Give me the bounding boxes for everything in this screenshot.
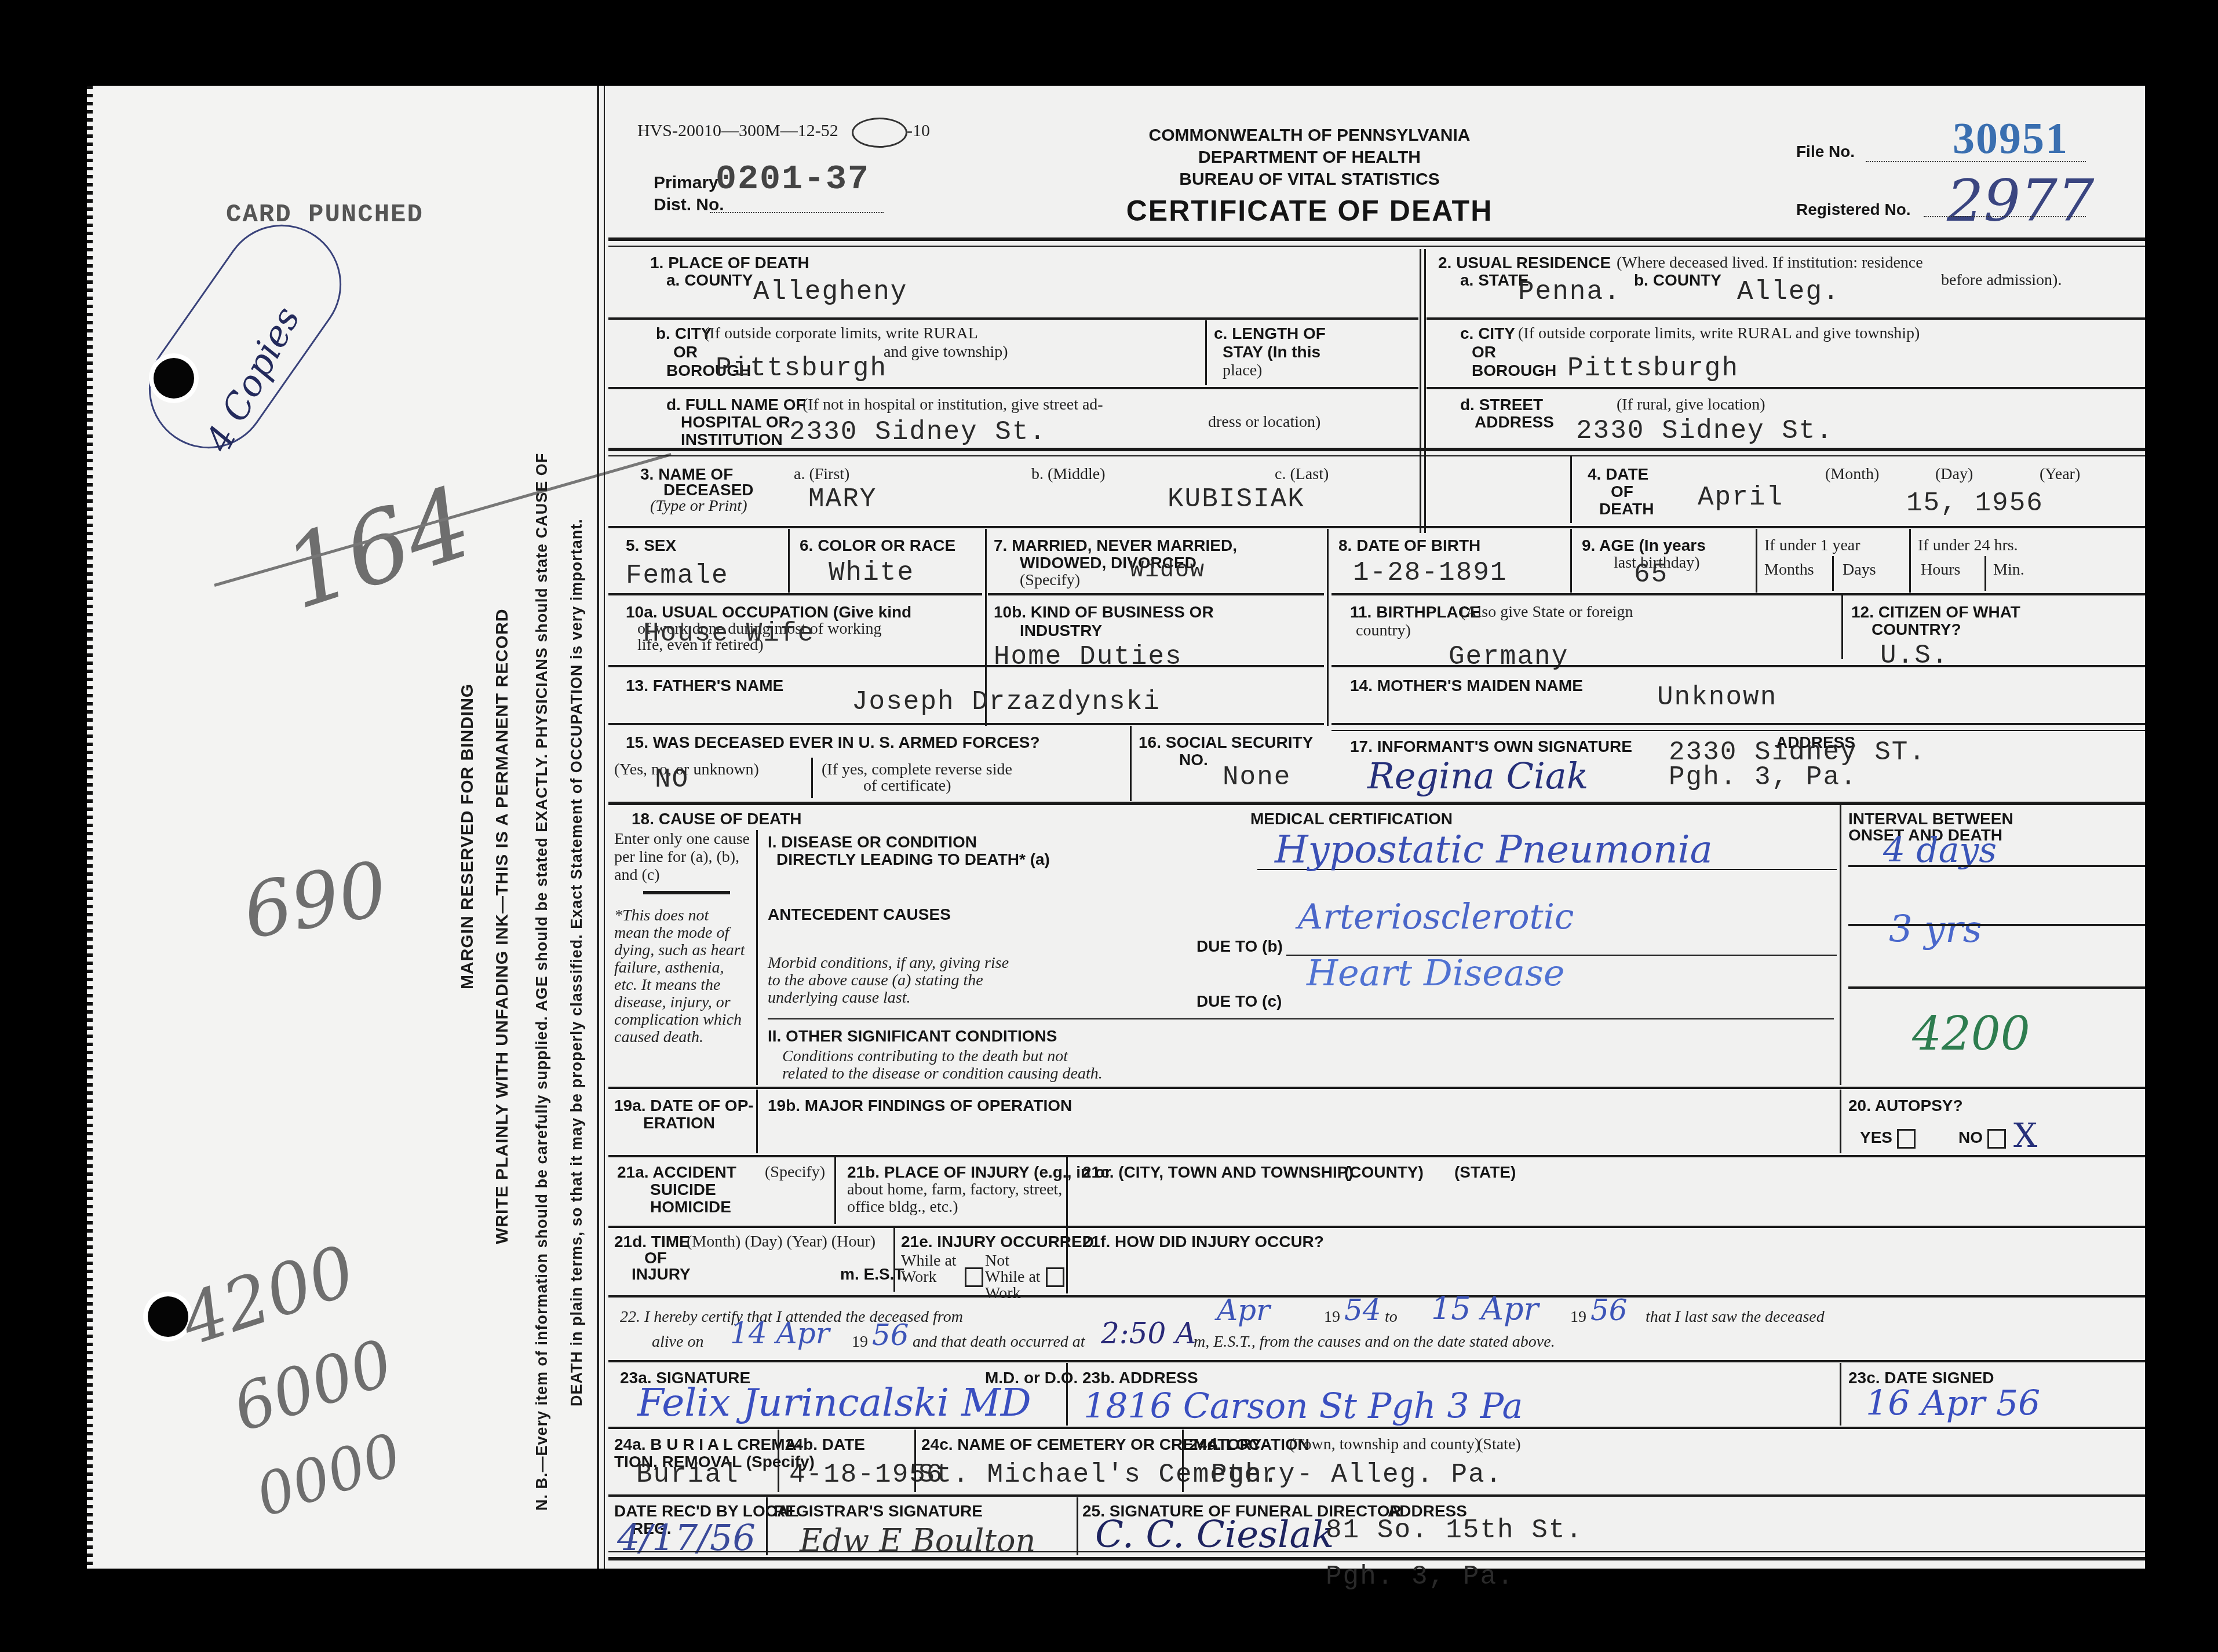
rule <box>608 1557 2145 1560</box>
while-at-work-label: While at Work <box>901 1252 957 1286</box>
ssn-label-2: NO. <box>1179 751 1208 769</box>
cause-c-value: Heart Disease <box>1307 952 1565 994</box>
dob-value: 1-28-1891 <box>1353 558 1507 588</box>
divider <box>788 529 790 593</box>
alive-on-label: alive on <box>652 1333 703 1351</box>
length-of-stay-label: c. LENGTH OF <box>1214 324 1326 342</box>
rule <box>988 593 1324 595</box>
form-code: HVS-20010—300M—12-52 <box>637 122 838 140</box>
place-of-death-label: 1. PLACE OF DEATH <box>650 254 809 272</box>
informant-address-2: Pgh. 3, Pa. <box>1669 762 1858 792</box>
dist-no-line <box>710 212 884 213</box>
injury-time-injury: INJURY <box>632 1265 691 1283</box>
ssn-value: None <box>1223 762 1291 792</box>
part1-label: I. DISEASE OR CONDITION <box>768 833 977 851</box>
cause-b-value: Arteriosclerotic <box>1298 897 1574 937</box>
margin-nb-line2: DEATH in plain terms, so that it may be … <box>568 518 586 1406</box>
medical-certification-label: MEDICAL CERTIFICATION <box>1250 810 1453 828</box>
divider <box>1570 456 1572 523</box>
armed-forces-note-3: of certificate) <box>863 777 951 795</box>
binding-rule-inner <box>604 86 605 1569</box>
injury-time-label: 21d. TIME <box>614 1233 690 1251</box>
hospital-note-2: dress or location) <box>1208 413 1320 431</box>
divider <box>756 1090 758 1153</box>
part2-note-2: related to the disease or condition caus… <box>782 1065 1103 1083</box>
death-time: 2:50 A <box>1101 1317 1196 1350</box>
informant-signature-label: 17. INFORMANT'S OWN SIGNATURE <box>1350 737 1632 755</box>
injury-est: m. E.S.T. <box>840 1265 907 1283</box>
hospital-label-3: INSTITUTION <box>681 430 783 448</box>
residence-label: 2. USUAL RESIDENCE <box>1438 254 1611 272</box>
certify-text-4: m, E.S.T., from the causes and on the da… <box>1194 1333 1555 1351</box>
rule <box>1331 593 2145 595</box>
father-value: Joseph Drzazdynski <box>852 687 1161 717</box>
footnote-line: complication which <box>614 1011 745 1029</box>
divider <box>778 1430 779 1492</box>
divider <box>893 1228 895 1292</box>
race-value: White <box>829 558 914 588</box>
months-label: Months <box>1764 561 1814 579</box>
rule <box>608 802 2145 805</box>
not-while-at-work-label: Not While at Work <box>985 1252 1041 1302</box>
injury-occurred-label: 21e. INJURY OCCURRED <box>901 1233 1094 1251</box>
divider <box>1841 595 1843 659</box>
file-no: 30951 <box>1953 114 2069 164</box>
res-county-label: b. COUNTY <box>1634 271 1721 289</box>
burial-location-value: Pgh. - Alleg. Pa. <box>1211 1460 1502 1490</box>
autopsy-yes-label: YES <box>1860 1128 1892 1146</box>
length-of-stay-label-3: place) <box>1223 361 1262 379</box>
certify-text-2: that I last saw the deceased <box>1646 1308 1825 1326</box>
rule <box>608 1551 2145 1552</box>
part2-label: II. OTHER SIGNIFICANT CONDITIONS <box>768 1027 1057 1045</box>
hospital-value: 2330 Sidney St. <box>789 417 1046 447</box>
rule <box>608 593 982 595</box>
part2-note: Conditions contributing to the death but… <box>782 1047 1068 1065</box>
alive-on-date: 14 Apr <box>730 1317 830 1350</box>
divider <box>1205 320 1207 385</box>
how-injury-label: 21f. HOW DID INJURY OCCUR? <box>1082 1233 1324 1251</box>
injury-city-label: 21c. (CITY, TOWN AND TOWNSHIP) <box>1082 1163 1354 1181</box>
hospital-note: (If not in hospital or institution, give… <box>802 396 1103 414</box>
dod-label-2: OF <box>1611 483 1633 500</box>
physician-signature: Felix Jurincalski MD <box>637 1380 1031 1425</box>
armed-forces-label: 15. WAS DECEASED EVER IN U. S. ARMED FOR… <box>626 733 1040 751</box>
marital-label-3: (Specify) <box>1020 571 1080 589</box>
registrar-signature: Edw E Boulton <box>800 1522 1035 1559</box>
dist-no: 0201-37 <box>716 160 870 199</box>
binding-rule <box>597 86 599 1569</box>
cause-a-value: Hypostatic Pneumonia <box>1275 827 1713 872</box>
divider <box>1182 1430 1184 1492</box>
rule <box>608 448 2145 451</box>
divider <box>1984 556 1986 591</box>
armed-forces-value: NO <box>655 765 689 795</box>
while-at-work[interactable]: While at Work <box>901 1253 965 1285</box>
length-of-stay-label-2: STAY (In this <box>1223 343 1320 361</box>
name-label-3: (Type or Print) <box>650 497 747 515</box>
res-city-label: c. CITY <box>1460 324 1515 342</box>
header-rule-2 <box>608 246 2145 247</box>
divider <box>1832 556 1834 591</box>
res-city-or: OR <box>1472 343 1496 361</box>
dod-month-value: April <box>1698 483 1783 513</box>
res-street-value: 2330 Sidney St. <box>1576 416 1833 446</box>
registered-no-label: Registered No. <box>1796 200 1911 218</box>
divider <box>1840 1090 1841 1153</box>
instr-line: per line for (a), (b), <box>614 848 750 866</box>
first-name-value: MARY <box>808 484 877 514</box>
autopsy-no-checkbox[interactable] <box>1987 1129 2006 1149</box>
footnote-line: mean the mode of <box>614 924 745 942</box>
operation-date-label-2: ERATION <box>643 1114 715 1132</box>
funeral-address-2: Pgh. 3, Pa. <box>1326 1562 1515 1592</box>
divider <box>1756 529 1757 593</box>
rule <box>608 455 2145 456</box>
instr-line: and (c) <box>614 866 750 884</box>
rule <box>1427 317 2145 320</box>
injury-state-label: (STATE) <box>1454 1163 1516 1181</box>
injury-place-note-2: office bldg., etc.) <box>847 1198 958 1216</box>
rule <box>1848 924 2145 926</box>
autopsy-no[interactable]: NO <box>1958 1128 2006 1149</box>
divider <box>1840 1363 1841 1426</box>
armed-forces-note-2: (If yes, complete reverse side <box>822 761 1012 779</box>
divider <box>766 1497 768 1555</box>
age-value: 65 <box>1634 560 1668 590</box>
res-county-value: Alleg. <box>1737 277 1840 307</box>
divider <box>756 830 758 1085</box>
rule <box>768 1018 1834 1019</box>
dod-month-label: (Month) <box>1825 465 1879 483</box>
burial-method-label: 24a. B U R I A L CREMA- <box>614 1435 802 1453</box>
certify-to: to <box>1385 1308 1398 1326</box>
death-city-note: (If outside corporate limits, write RURA… <box>704 324 978 342</box>
morbid-line: Morbid conditions, if any, giving rise <box>768 955 1009 972</box>
divider <box>1420 249 1421 533</box>
mother-label: 14. MOTHER'S MAIDEN NAME <box>1350 677 1583 695</box>
min-label: Min. <box>1993 561 2024 579</box>
rule <box>608 526 2145 528</box>
informant-signature: Regina Ciak <box>1367 755 1588 797</box>
attended-to-year: 56 <box>1590 1293 1628 1327</box>
rule <box>608 1155 2145 1157</box>
rule <box>608 1494 2145 1497</box>
marital-label: 7. MARRIED, NEVER MARRIED, <box>994 536 1237 554</box>
birthplace-value: Germany <box>1449 642 1568 672</box>
morbid-line: to the above cause (a) stating the <box>768 972 1009 989</box>
physician-address: 1816 Carson St Pgh 3 Pa <box>1084 1386 1523 1427</box>
date-signed: 16 Apr 56 <box>1866 1383 2040 1424</box>
death-county-label: a. COUNTY <box>666 271 753 289</box>
rule <box>1331 730 2145 731</box>
file-no-label: File No. <box>1796 142 1855 160</box>
sex-label: 5. SEX <box>626 536 676 554</box>
accident-specify: (Specify) <box>765 1163 825 1181</box>
res-street-label-2: ADDRESS <box>1475 413 1554 431</box>
hospital-label: d. FULL NAME OF <box>666 396 806 414</box>
due-to-b-label: DUE TO (b) <box>1196 937 1283 955</box>
margin-permanent-record: WRITE PLAINLY WITH UNFADING INK—THIS IS … <box>493 609 512 1244</box>
attended-from-year: 54 <box>1344 1293 1381 1327</box>
citizen-label: 12. CITIZEN OF WHAT <box>1851 603 2020 621</box>
page-title: CERTIFICATE OF DEATH <box>1089 195 1530 227</box>
homicide-label: HOMICIDE <box>650 1198 731 1216</box>
mother-value: Unknown <box>1657 682 1777 712</box>
agency-line-2: DEPARTMENT OF HEALTH <box>1118 148 1501 166</box>
birthplace-note: (Also give State or foreign <box>1460 603 1633 621</box>
divider <box>1570 529 1572 593</box>
injury-county-label: (COUNTY) <box>1344 1163 1424 1181</box>
dod-year-label: (Year) <box>2040 465 2080 483</box>
footnote-line: caused death. <box>614 1029 745 1046</box>
dob-label: 8. DATE OF BIRTH <box>1338 536 1480 554</box>
race-label: 6. COLOR OR RACE <box>800 536 955 554</box>
injury-time-columns: (Month) (Day) (Year) (Hour) <box>687 1233 875 1251</box>
divider <box>811 758 813 798</box>
header-rule <box>608 237 2145 241</box>
death-city-label: b. CITY <box>656 324 712 342</box>
middle-name-label: b. (Middle) <box>1031 465 1106 483</box>
res-state-value: Penna. <box>1518 277 1621 307</box>
rule <box>608 1427 2145 1429</box>
physician-address-label: 23b. ADDRESS <box>1082 1369 1198 1387</box>
dod-label: 4. DATE <box>1588 465 1648 483</box>
rule <box>608 1226 2145 1228</box>
divider <box>1077 1497 1078 1555</box>
hours-label: Hours <box>1921 561 1960 579</box>
death-city-or: OR <box>673 343 698 361</box>
divider <box>1327 529 1329 726</box>
binding-stub: CARD PUNCHED 4 Copies 164 690 4200 6000 … <box>87 86 597 1569</box>
father-label: 13. FATHER'S NAME <box>626 677 783 695</box>
interval-b-value: 3 yrs <box>1889 908 1982 951</box>
rule <box>608 1087 2145 1089</box>
attended-from: Apr <box>1217 1293 1270 1327</box>
footnote-line: *This does not <box>614 907 745 924</box>
last-name-label: c. (Last) <box>1275 465 1329 483</box>
autopsy-no-mark: X <box>2013 1116 2037 1155</box>
cause-of-death-label: 18. CAUSE OF DEATH <box>632 810 802 828</box>
not-while-at-work-checkbox[interactable] <box>1046 1267 1064 1287</box>
autopsy-no-label: NO <box>1958 1128 1983 1146</box>
divider <box>1909 529 1911 593</box>
burial-state-note: (State) <box>1478 1435 1521 1453</box>
morbid-note: Morbid conditions, if any, giving rise t… <box>768 955 1009 1007</box>
file-no-line <box>1866 161 2086 162</box>
business-value: Home Duties <box>994 642 1183 672</box>
divider <box>1840 805 1841 1085</box>
rule <box>608 1360 2145 1362</box>
divider <box>1066 1363 1068 1426</box>
res-city-value: Pittsburgh <box>1567 353 1739 383</box>
divider <box>1424 249 1426 533</box>
autopsy-yes-checkbox[interactable] <box>1897 1129 1916 1149</box>
citizen-label-2: COUNTRY? <box>1872 620 1961 638</box>
rule <box>608 387 1418 389</box>
res-city-note: (If outside corporate limits, write RURA… <box>1518 324 1920 342</box>
res-street-note: (If rural, give location) <box>1617 396 1765 414</box>
agency-line-3: BUREAU OF VITAL STATISTICS <box>1118 170 1501 188</box>
agency-line-1: COMMONWEALTH OF PENNSYLVANIA <box>1118 126 1501 144</box>
residence-note: (Where deceased lived. If institution: r… <box>1617 254 1923 272</box>
pencil-note-690: 690 <box>237 845 394 956</box>
rule <box>1331 665 2145 667</box>
death-county-value: Allegheny <box>753 277 907 307</box>
rule <box>608 723 1324 725</box>
marital-value: Widow <box>1130 558 1205 584</box>
occupation-value: House Wife <box>643 619 815 649</box>
morbid-line: underlying cause last. <box>768 989 1009 1007</box>
divider <box>834 1157 836 1224</box>
punch-hole-top <box>154 358 194 399</box>
not-while-at-work[interactable]: Not While at Work <box>985 1253 1049 1302</box>
operation-date-label: 19a. DATE OF OP- <box>614 1097 754 1114</box>
alive-on-year: 56 <box>872 1318 909 1352</box>
suicide-label: SUICIDE <box>650 1180 716 1198</box>
accident-label: 21a. ACCIDENT <box>617 1163 736 1181</box>
name-label-2: DECEASED <box>663 481 754 499</box>
cause-footnote: *This does not mean the mode of dying, s… <box>614 907 745 1046</box>
birthplace-note-2: country) <box>1356 622 1411 639</box>
burial-method-value: Burial <box>636 1460 739 1490</box>
res-borough-label: BOROUGH <box>1472 361 1556 379</box>
certificate-form: HVS-20010—300M—12-52 -10 Primary Dist. N… <box>608 86 2145 1569</box>
perforated-edge <box>87 86 93 1569</box>
death-city-note-2: and give township) <box>884 343 1008 361</box>
residence-note-2: before admission). <box>1941 271 2062 289</box>
res-street-label: d. STREET <box>1460 396 1543 414</box>
days-label: Days <box>1843 561 1876 579</box>
autopsy-yes[interactable]: YES <box>1860 1128 1916 1149</box>
primary-label: Primary <box>654 174 718 192</box>
funeral-director-signature: C. C. Cieslak <box>1095 1514 1334 1556</box>
rule <box>1848 865 2145 867</box>
card-punched-stamp: CARD PUNCHED <box>226 200 424 229</box>
date-received: 4/17/56 <box>617 1516 756 1559</box>
footnote-line: failure, asthenia, <box>614 959 745 977</box>
registered-no-line <box>1924 216 2086 217</box>
dod-day-year-value: 15, 1956 <box>1906 488 2044 518</box>
dist-no-label: Dist. No. <box>654 196 724 214</box>
death-city-value: Pittsburgh <box>716 353 887 383</box>
rule <box>608 665 1324 667</box>
form-code-suffix: -10 <box>907 122 930 140</box>
last-name-value: KUBISIAK <box>1168 484 1305 514</box>
operation-findings-label: 19b. MAJOR FINDINGS OF OPERATION <box>768 1097 1072 1114</box>
rule <box>1331 723 2145 725</box>
death-certificate: CARD PUNCHED 4 Copies 164 690 4200 6000 … <box>87 86 2145 1569</box>
footnote-line: dying, such as heart <box>614 942 745 959</box>
rule <box>1848 986 2145 989</box>
injury-time-of: OF <box>644 1249 667 1267</box>
under-1-year-label: If under 1 year <box>1764 536 1861 554</box>
age-label: 9. AGE (In years <box>1582 536 1706 554</box>
registered-no: 2977 <box>1947 167 2095 235</box>
margin-nb-line1: N. B.—Every item of information should b… <box>533 453 551 1511</box>
divider <box>1130 726 1132 801</box>
first-name-label: a. (First) <box>794 465 849 483</box>
instr-line: Enter only one cause <box>614 830 750 848</box>
while-at-work-checkbox[interactable] <box>965 1267 983 1287</box>
dod-day-label: (Day) <box>1935 465 1973 483</box>
rule <box>1427 387 2145 389</box>
footnote-line: disease, injury, or <box>614 994 745 1011</box>
interval-label: INTERVAL BETWEEN <box>1848 810 2013 828</box>
business-label: 10b. KIND OF BUSINESS OR <box>994 603 1214 621</box>
ssn-label: 16. SOCIAL SECURITY <box>1139 733 1313 751</box>
under-24-hours-label: If under 24 hrs. <box>1918 536 2018 554</box>
coding-number: 4200 <box>1912 1007 2030 1061</box>
pencil-note-164: 164 <box>271 465 485 633</box>
due-to-c-label: DUE TO (c) <box>1196 992 1282 1010</box>
antecedent-causes-label: ANTECEDENT CAUSES <box>768 905 951 923</box>
funeral-address-1: 81 So. 15th St. <box>1326 1515 1583 1545</box>
business-label-2: INDUSTRY <box>1020 622 1102 639</box>
burial-location-note: (Town, township and county) <box>1289 1435 1480 1453</box>
burial-date-label: 24b. DATE <box>785 1435 865 1453</box>
injury-place-label: 21b. PLACE OF INJURY (e.g., in or <box>847 1163 1111 1181</box>
hospital-label-2: HOSPITAL OR <box>681 413 790 431</box>
divider <box>914 1430 916 1492</box>
sex-value: Female <box>626 561 729 591</box>
margin-binding-label: MARGIN RESERVED FOR BINDING <box>458 684 477 989</box>
rule <box>608 317 1418 320</box>
registrar-signature-label: REGISTRAR'S SIGNATURE <box>774 1502 983 1520</box>
dod-label-3: DEATH <box>1599 500 1654 518</box>
attended-to: 15 Apr <box>1431 1291 1538 1327</box>
certify-text-3: and that death occurred at <box>913 1333 1085 1351</box>
union-label-icon <box>852 118 907 148</box>
rule <box>643 891 730 894</box>
injury-place-note: about home, farm, factory, street, <box>847 1180 1062 1198</box>
footnote-line: etc. It means the <box>614 977 745 994</box>
autopsy-label: 20. AUTOPSY? <box>1848 1097 1963 1114</box>
cause-instructions: Enter only one cause per line for (a), (… <box>614 830 750 884</box>
part1-label-2: DIRECTLY LEADING TO DEATH* (a) <box>776 850 1050 868</box>
